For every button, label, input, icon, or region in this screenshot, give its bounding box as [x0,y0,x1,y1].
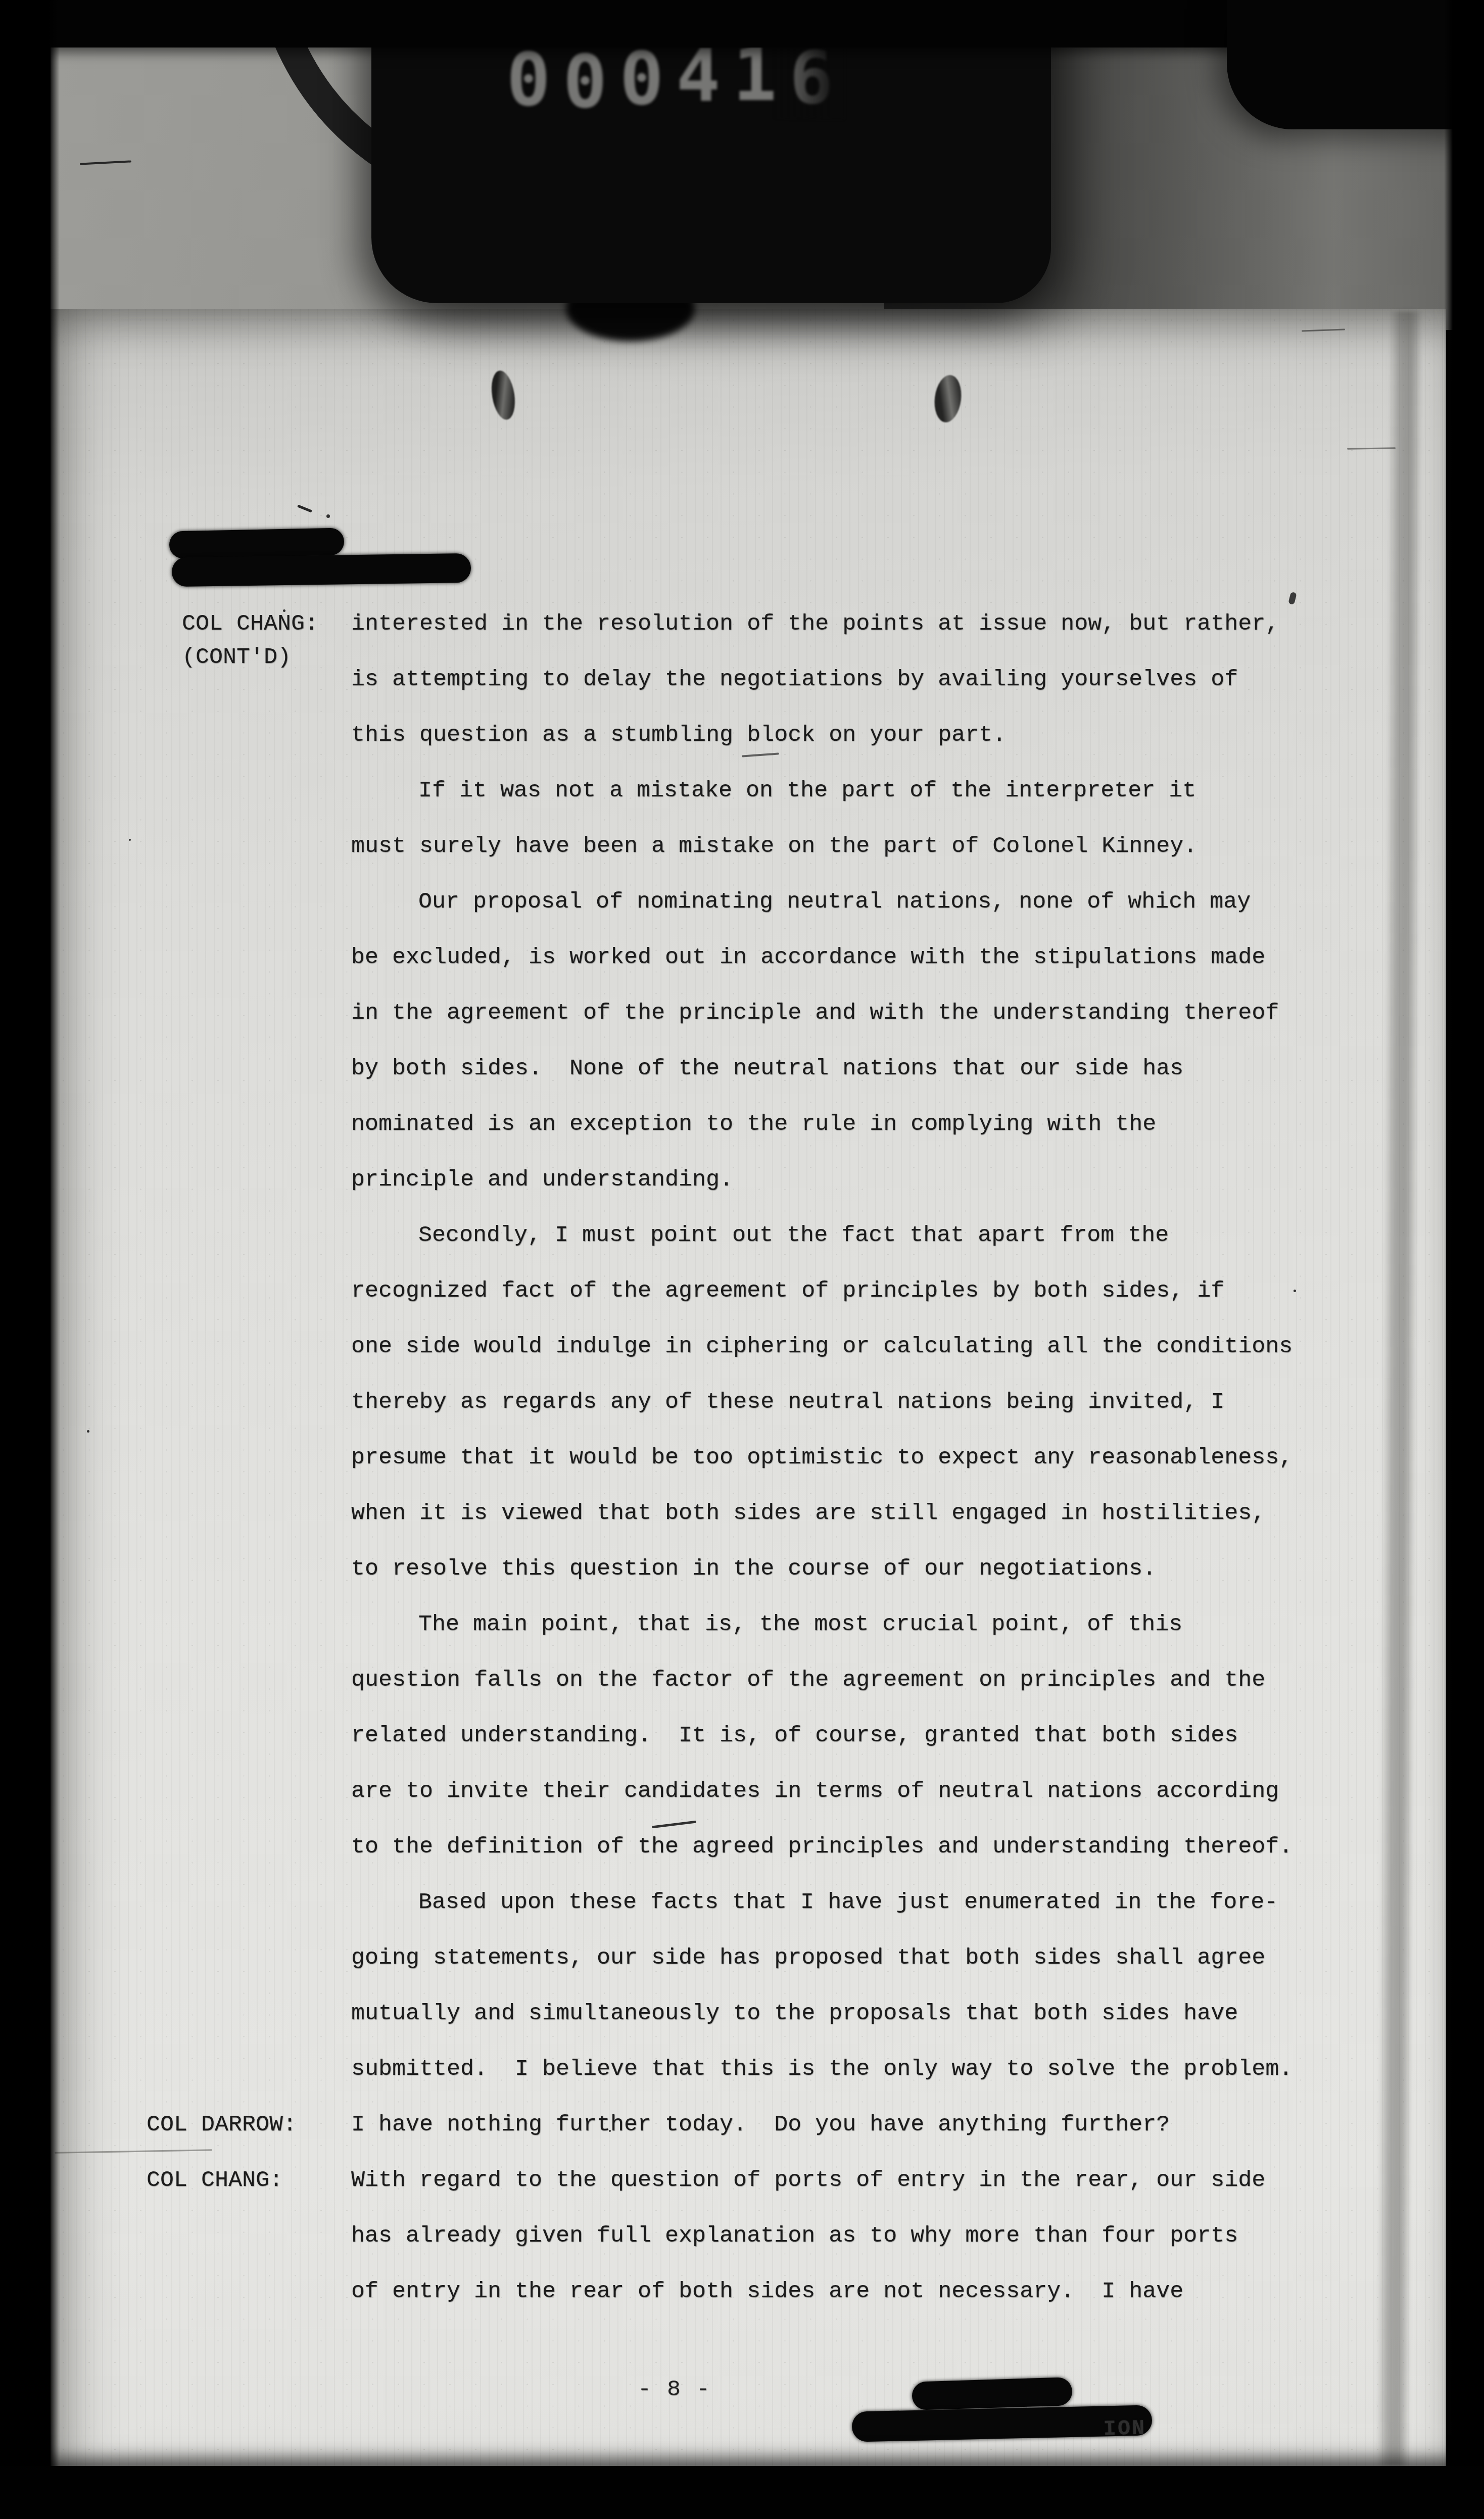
transcript: COL CHANG:(CONT'D)interested in the reso… [0,596,1484,2319]
transcript-line: of entry in the rear of both sides are n… [0,2264,1484,2319]
transcript-line: presume that it would be too optimistic … [0,1430,1484,1486]
line-text: Secondly, I must point out the fact that… [418,1208,1169,1263]
speaker-label: COL DARROW: [147,2108,297,2142]
transcript-line: has already given full explanation as to… [0,2208,1484,2264]
transcript-line: be excluded, is worked out in accordance… [0,930,1484,985]
transcript-line: this question as a stumbling block on yo… [0,707,1484,763]
transcript-line: recognized fact of the agreement of prin… [0,1263,1484,1319]
line-text: of entry in the rear of both sides are n… [351,2264,1183,2319]
transcript-line: is attempting to delay the negotiations … [0,652,1484,707]
counter-digit: 0 [617,36,666,119]
line-text: be excluded, is worked out in accordance… [351,930,1265,985]
transcript-line: question falls on the factor of the agre… [0,1652,1484,1708]
line-text: mutually and simultaneously to the propo… [351,1986,1238,2041]
film-edge-right [1444,0,1484,2519]
line-text: are to invite their candidates in terms … [351,1764,1279,1819]
film-speck [326,514,330,518]
transcript-line: going statements, our side has proposed … [0,1930,1484,1986]
line-text: to resolve this question in the course o… [351,1541,1156,1597]
redaction-bar-top-1 [169,528,344,558]
film-edge-bottom [0,2466,1484,2519]
transcript-line: Secondly, I must point out the fact that… [0,1208,1484,1263]
film-speck [129,839,131,841]
line-text: thereby as regards any of these neutral … [351,1374,1224,1430]
transcript-line: Based upon these facts that I have just … [0,1875,1484,1930]
line-text: interested in the resolution of the poin… [351,596,1279,652]
film-speck [283,609,285,612]
speaker-label: COL CHANG: [147,2164,283,2197]
line-text: by both sides. None of the neutral natio… [351,1041,1183,1097]
line-text: Our proposal of nominating neutral natio… [418,874,1251,930]
transcript-line: to the definition of the agreed principl… [0,1819,1484,1875]
transcript-line: must surely have been a mistake on the p… [0,819,1484,874]
page-number: - 8 - [638,2377,711,2402]
film-edge-left [0,0,60,2519]
transcript-line: If it was not a mistake on the part of t… [0,763,1484,819]
film-speck [87,1430,89,1433]
film-speck [609,2130,611,2132]
transcript-line: related understanding. It is, of course,… [0,1708,1484,1764]
stamp-remnant-text: ION [1103,2416,1146,2442]
line-text: related understanding. It is, of course,… [351,1708,1238,1764]
line-text: If it was not a mistake on the part of t… [418,763,1196,819]
transcript-line: Our proposal of nominating neutral natio… [0,874,1484,930]
line-text: nominated is an exception to the rule in… [351,1097,1156,1152]
redaction-bar-bottom-1 [912,2377,1073,2410]
line-text: to the definition of the agreed principl… [351,1819,1292,1875]
line-text: question falls on the factor of the agre… [351,1652,1265,1708]
line-text: principle and understanding. [351,1152,733,1208]
transcript-line: nominated is an exception to the rule in… [0,1097,1484,1152]
transcript-line: are to invite their candidates in terms … [0,1764,1484,1819]
line-text: submitted. I believe that this is the on… [351,2041,1292,2097]
transcript-line: by both sides. None of the neutral natio… [0,1041,1484,1097]
transcript-line: COL CHANG:With regard to the question of… [0,2153,1484,2208]
transcript-line: thereby as regards any of these neutral … [0,1374,1484,1430]
transcript-line: in the agreement of the principle and wi… [0,985,1484,1041]
counter-digit: 0 [504,37,553,119]
microfilm-frame: COL CHANG:(CONT'D)interested in the reso… [0,0,1484,2519]
counter-digit: 0 [561,39,609,119]
line-text: going statements, our side has proposed … [351,1930,1265,1986]
line-text: when it is viewed that both sides are st… [351,1486,1265,1541]
line-text: in the agreement of the principle and wi… [351,985,1279,1041]
transcript-line: COL DARROW:I have nothing further today.… [0,2097,1484,2153]
transcript-line: submitted. I believe that this is the on… [0,2041,1484,2097]
redaction-bar-bottom-2: ION [851,2405,1152,2442]
line-text: this question as a stumbling block on yo… [351,707,1006,763]
transcript-line: mutually and simultaneously to the propo… [0,1986,1484,2041]
line-text: has already given full explanation as to… [351,2208,1238,2264]
film-speck [1294,1290,1296,1292]
line-text: presume that it would be too optimistic … [351,1430,1292,1486]
transcript-line: to resolve this question in the course o… [0,1541,1484,1597]
transcript-line: when it is viewed that both sides are st… [0,1486,1484,1541]
line-text: must surely have been a mistake on the p… [351,819,1197,874]
line-text: recognized fact of the agreement of prin… [351,1263,1224,1319]
transcript-line: The main point, that is, the most crucia… [0,1597,1484,1652]
line-text: is attempting to delay the negotiations … [351,652,1238,707]
line-text: With regard to the question of ports of … [351,2153,1265,2208]
line-text: one side would indulge in ciphering or c… [351,1319,1292,1374]
transcript-line: principle and understanding. [0,1152,1484,1208]
line-text: I have nothing further today. Do you hav… [351,2097,1170,2153]
redaction-bar-top-2 [172,553,471,587]
transcript-line: COL CHANG:(CONT'D)interested in the reso… [0,596,1484,652]
transcript-line: one side would indulge in ciphering or c… [0,1319,1484,1374]
line-text: Based upon these facts that I have just … [418,1875,1278,1930]
line-text: The main point, that is, the most crucia… [418,1597,1182,1652]
